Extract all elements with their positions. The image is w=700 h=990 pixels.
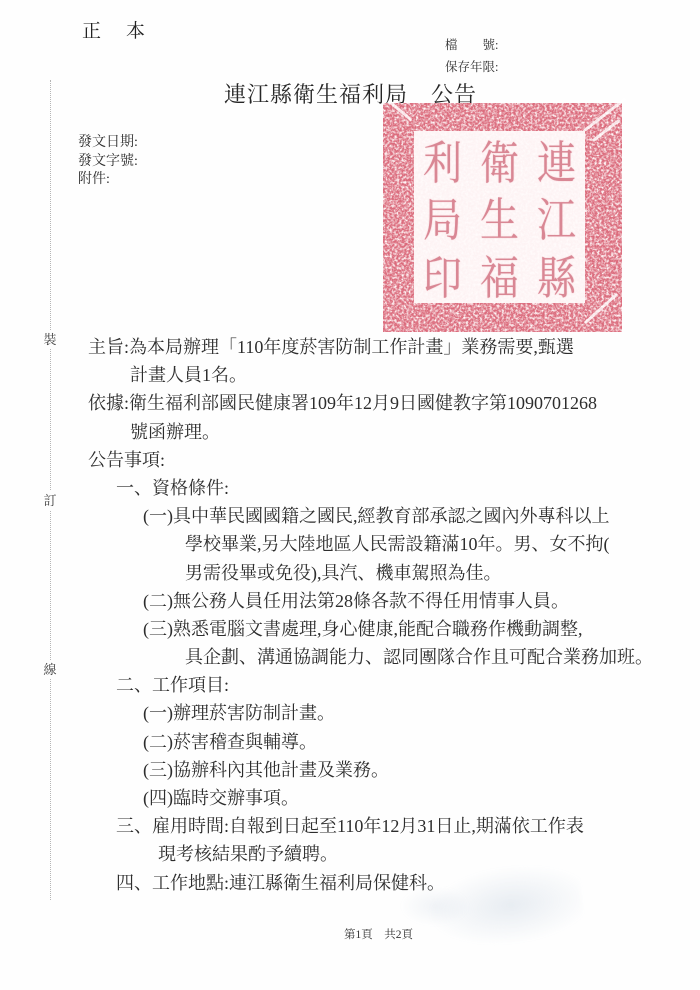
meta-line: 發文字號: [78,153,138,172]
copy-label: 正 本 [82,16,148,43]
seal-inner-square: 連江縣衛生福利局印 [414,131,585,303]
page-footer: 第1頁 共2頁 [344,926,413,942]
body-line: 三、雇用時間:自報到日起至110年12月31日止,期滿依工作表 [88,812,653,840]
body-line: 一、資格條件: [88,474,653,502]
body-line: (一)具中華民國國籍之國民,經教育部承認之國內外專科以上 [88,502,653,530]
binding-mark: 線 [42,660,57,679]
body-line: 學校畢業,另大陸地區人民需設籍滿10年。男、女不拘( [88,530,653,558]
document-page: 正 本 檔 號: 保存年限: 連江縣衛生福利局 公告 發文日期:發文字號:附件:… [0,0,700,990]
body-line: 具企劃、溝通協調能力、認同團隊合作且可配合業務加班。 [88,643,653,671]
body-line: 公告事項: [88,446,653,474]
body-line: (三)熟悉電腦文書處理,身心健康,能配合職務作機動調整, [88,615,653,643]
binding-dotted-line [50,80,51,900]
body-text: 主旨:為本局辦理「110年度菸害防制工作計畫」業務需要,甄選計畫人員1名。依據:… [88,333,653,897]
meta-line: 發文日期: [78,134,138,153]
body-line: 依據:衛生福利部國民健康署109年12月9日國健教字第1090701268 [88,389,653,417]
body-line: 男需役畢或免役),具汽、機車駕照為佳。 [88,559,653,587]
retention-label: 保存年限: [445,56,498,78]
seal-character: 福 [471,240,528,308]
body-line: (二)無公務人員任用法第28條各款不得任用情事人員。 [88,587,653,615]
faint-ink-smudge [400,886,470,926]
body-line: (四)臨時交辦事項。 [88,784,653,812]
seal-character: 印 [414,240,471,308]
body-line: 二、工作項目: [88,671,653,699]
seal-character: 縣 [528,240,585,308]
body-line: 計畫人員1名。 [88,361,653,389]
body-line: 號函辦理。 [88,418,653,446]
binding-mark: 訂 [42,491,57,510]
file-info-block: 檔 號: 保存年限: [445,34,498,78]
meta-block: 發文日期:發文字號:附件: [78,134,138,190]
official-seal-stamp: 連江縣衛生福利局印 [383,103,622,332]
body-line: (三)協辦科內其他計畫及業務。 [88,756,653,784]
seal-text: 連江縣衛生福利局印 [414,131,585,303]
binding-mark: 裝 [42,330,57,349]
file-no-label: 檔 號: [445,34,498,56]
meta-line: 附件: [78,171,138,190]
body-line: (一)辦理菸害防制計畫。 [88,699,653,727]
body-line: 主旨:為本局辦理「110年度菸害防制工作計畫」業務需要,甄選 [88,333,653,361]
body-line: (二)菸害稽查與輔導。 [88,728,653,756]
